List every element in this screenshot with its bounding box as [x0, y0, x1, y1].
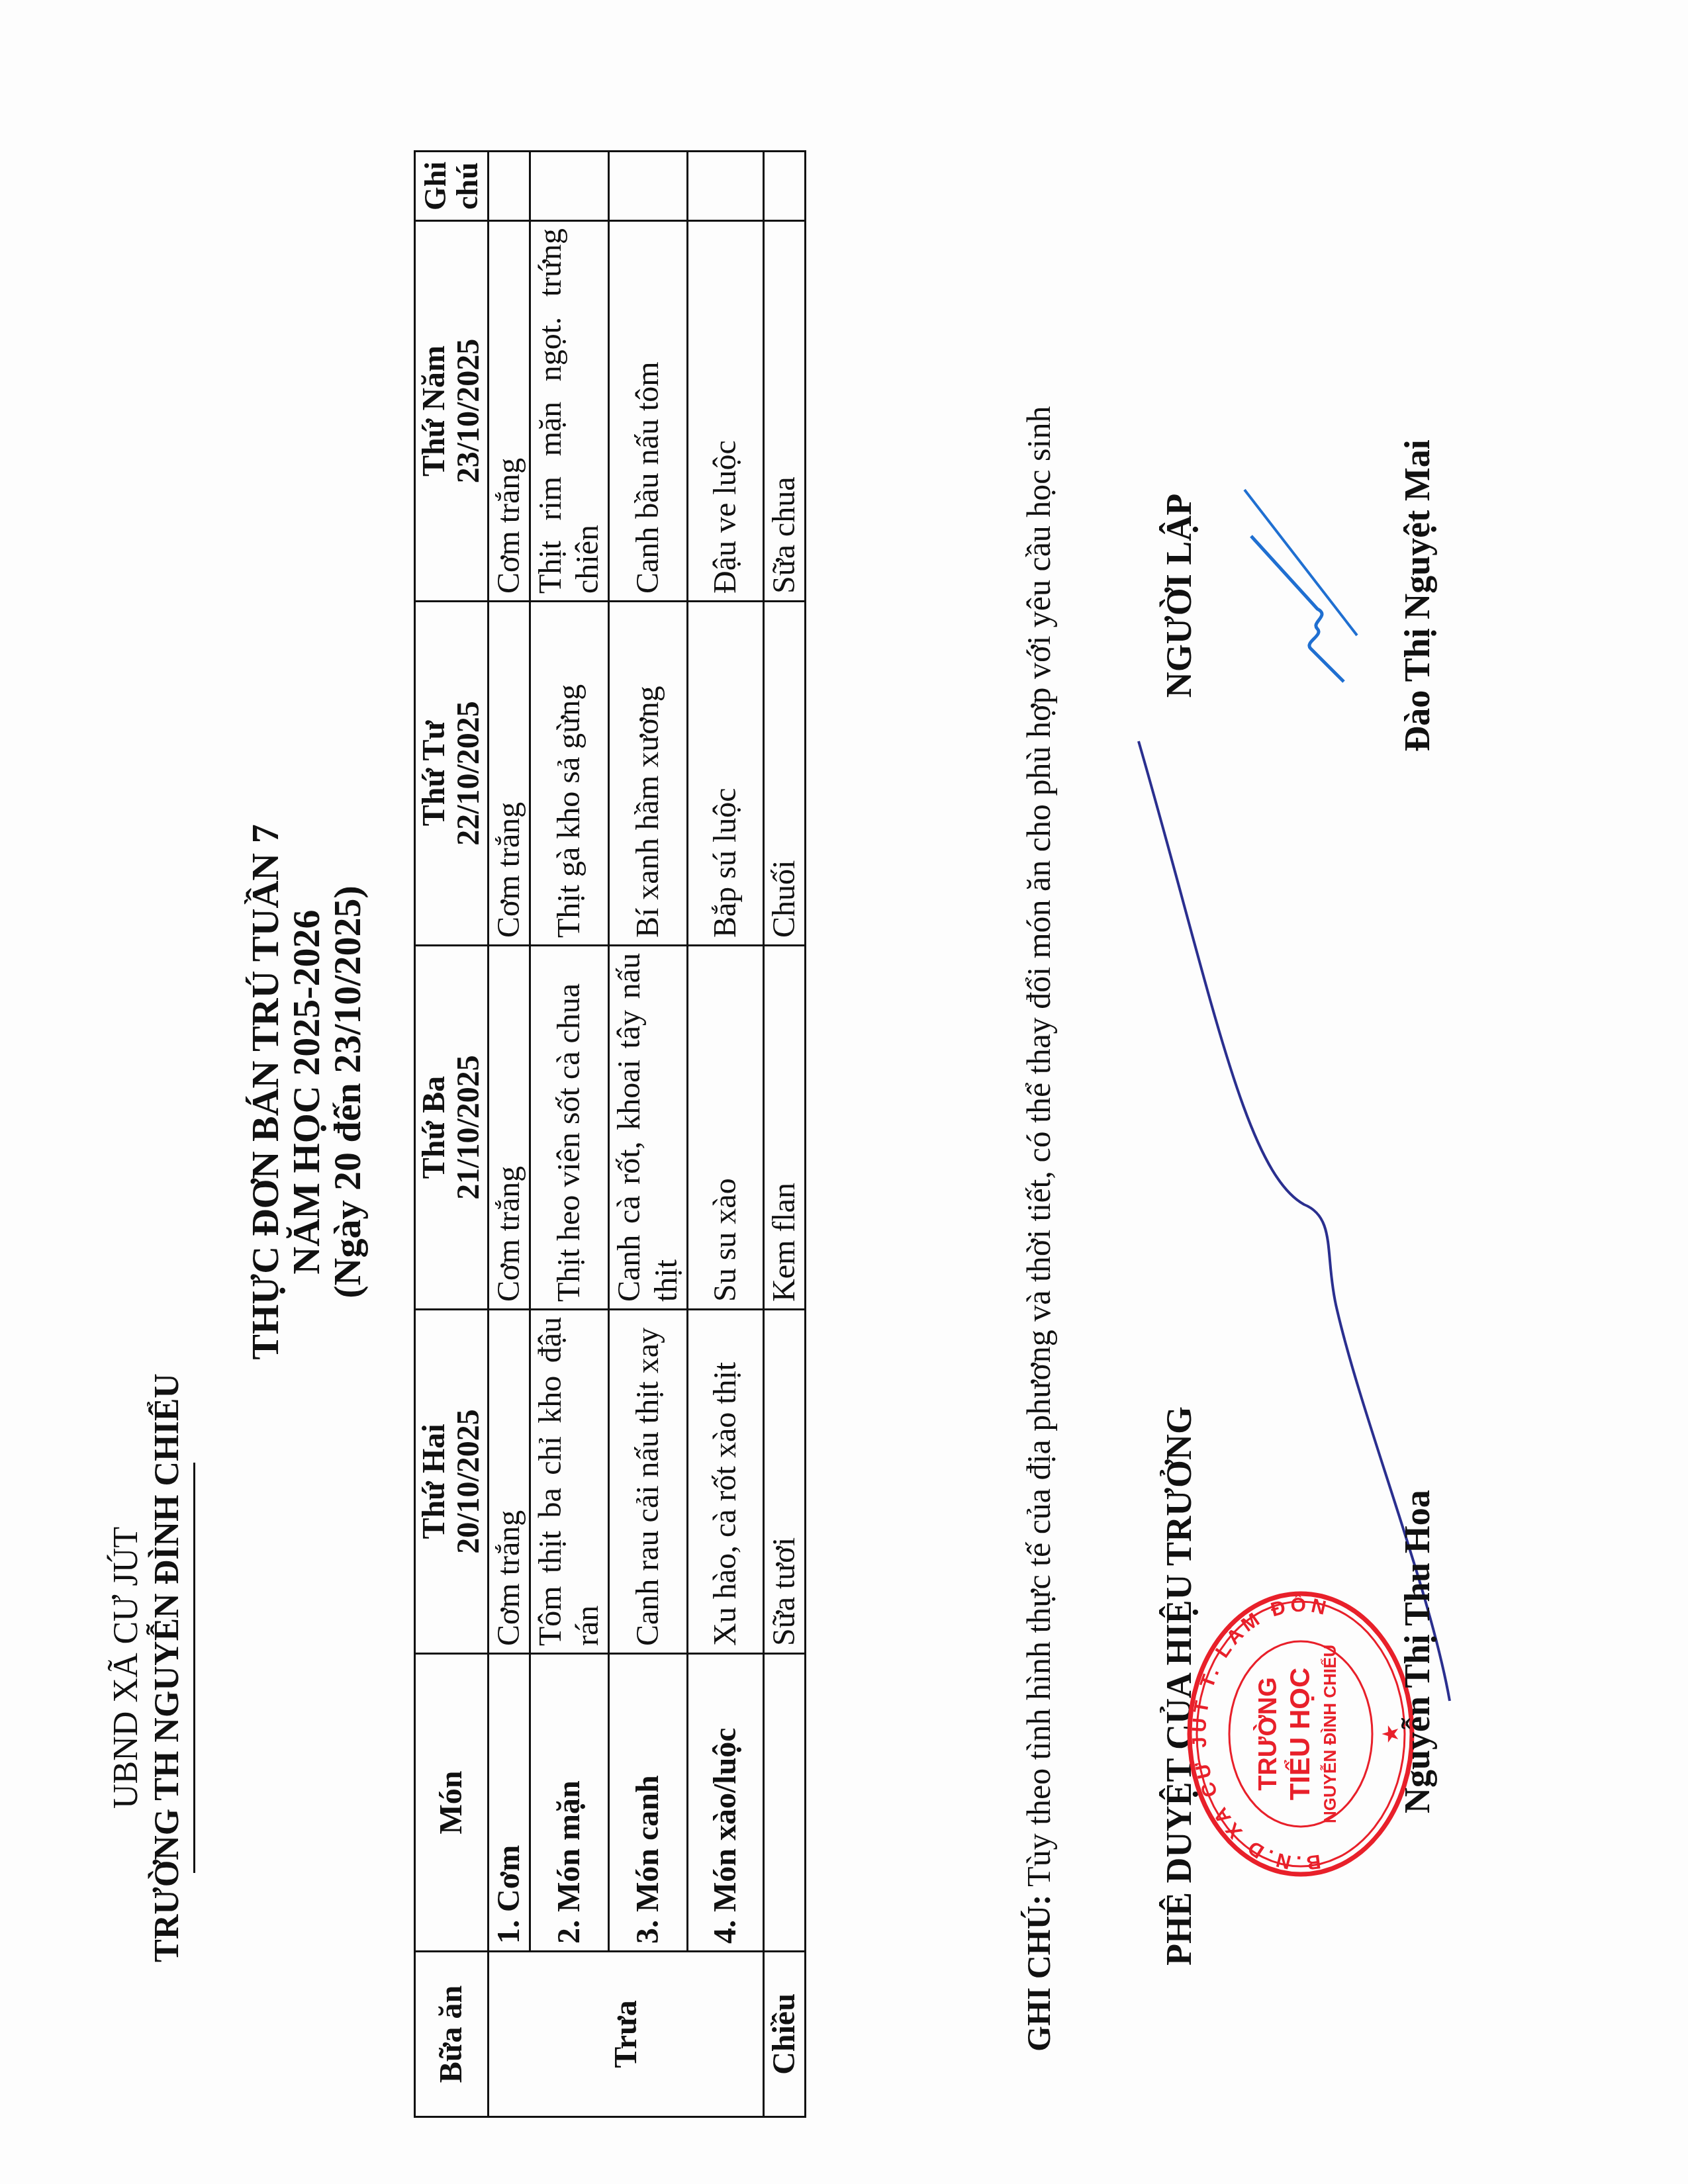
menu-title: THỰC ĐƠN BÁN TRÚ TUẦN 7 NĂM HỌC 2025-202… — [245, 596, 368, 1588]
maker-signature-icon — [1238, 463, 1370, 728]
approver-name: Nguyễn Thị Thu Hoa — [1397, 1284, 1438, 1813]
menu-cell: Chuối — [764, 602, 806, 946]
menu-cell: Tôm thịt ba chỉ kho đậu rán — [530, 1310, 609, 1654]
document-header: UBND XÃ CƯ JÚT TRƯỜNG TH NGUYỄN ĐÌNH CHI… — [106, 1271, 195, 2065]
note-cell — [609, 152, 688, 221]
table-row: Trưa 1. Cơm Cơm trắng Cơm trắng Cơm trắn… — [489, 152, 530, 2117]
table-row: 3. Món canh Canh rau cải nấu thịt xay Ca… — [609, 152, 688, 2117]
table-row: 2. Món mặn Tôm thịt ba chỉ kho đậu rán T… — [530, 152, 609, 2117]
menu-cell: Su su xào — [688, 946, 764, 1310]
menu-cell: Canh bầu nấu tôm — [609, 221, 688, 602]
menu-cell: Sữa chua — [764, 221, 806, 602]
menu-cell: Kem flan — [764, 946, 806, 1310]
menu-table: Bữa ăn Món Thứ Hai20/10/2025 Thứ Ba21/10… — [414, 150, 806, 2118]
menu-cell: Thịt heo viên sốt cà chua — [530, 946, 609, 1310]
menu-cell: Canh cà rốt, khoai tây nấu thịt — [609, 946, 688, 1310]
header-day-2: Thứ Ba21/10/2025 — [415, 946, 489, 1310]
menu-cell: Sữa tươi — [764, 1310, 806, 1654]
title-line-1: THỰC ĐƠN BÁN TRÚ TUẦN 7 — [245, 596, 286, 1588]
title-line-2: NĂM HỌC 2025-2026 — [286, 596, 327, 1588]
menu-cell: Thịt rim mặn ngọt. trứng chiên — [530, 221, 609, 602]
dish-type-empty — [764, 1654, 806, 1952]
note-cell — [764, 152, 806, 221]
menu-cell: Xu hào, cà rốt xào thịt — [688, 1310, 764, 1654]
menu-cell: Bí xanh hầm xương — [609, 602, 688, 946]
table-row: 4. Món xào/luộc Xu hào, cà rốt xào thịt … — [688, 152, 764, 2117]
maker-name: Đào Thị Nguyệt Mai — [1397, 364, 1438, 827]
school-name: TRƯỜNG TH NGUYỄN ĐÌNH CHIỂU — [147, 1271, 188, 2065]
note-cell — [489, 152, 530, 221]
header-underline — [193, 1463, 195, 1873]
meal-lunch: Trưa — [489, 1952, 764, 2117]
agency-name: UBND XÃ CƯ JÚT — [106, 1271, 147, 2065]
dish-type: 2. Món mặn — [530, 1654, 609, 1952]
header-note: Ghi chú — [415, 152, 489, 221]
header-day-4: Thứ Năm23/10/2025 — [415, 221, 489, 602]
header-day-3: Thứ Tư22/10/2025 — [415, 602, 489, 946]
dish-type: 4. Món xào/luộc — [688, 1654, 764, 1952]
footnote-label: GHI CHÚ: — [1020, 1895, 1057, 2052]
menu-cell: Cơm trắng — [489, 602, 530, 946]
header-meal: Bữa ăn — [415, 1952, 489, 2117]
note-cell — [530, 152, 609, 221]
menu-cell: Cơm trắng — [489, 946, 530, 1310]
dish-type: 3. Món canh — [609, 1654, 688, 1952]
menu-cell: Bắp sú luộc — [688, 602, 764, 946]
menu-cell: Cơm trắng — [489, 221, 530, 602]
title-line-3: (Ngày 20 đến 23/10/2025) — [327, 596, 368, 1588]
menu-cell: Thịt gà kho sả gừng — [530, 602, 609, 946]
header-day-1: Thứ Hai20/10/2025 — [415, 1310, 489, 1654]
table-row: Chiều Sữa tươi Kem flan Chuối Sữa chua — [764, 152, 806, 2117]
header-dish: Món — [415, 1654, 489, 1952]
principal-signature-icon — [993, 728, 1456, 1721]
menu-cell: Canh rau cải nấu thịt xay — [609, 1310, 688, 1654]
table-header-row: Bữa ăn Món Thứ Hai20/10/2025 Thứ Ba21/10… — [415, 152, 489, 2117]
menu-cell: Cơm trắng — [489, 1310, 530, 1654]
document-page: UBND XÃ CƯ JÚT TRƯỜNG TH NGUYỄN ĐÌNH CHI… — [0, 0, 1688, 2184]
dish-type: 1. Cơm — [489, 1654, 530, 1952]
note-cell — [688, 152, 764, 221]
menu-cell: Đậu ve luộc — [688, 221, 764, 602]
meal-afternoon: Chiều — [764, 1952, 806, 2117]
